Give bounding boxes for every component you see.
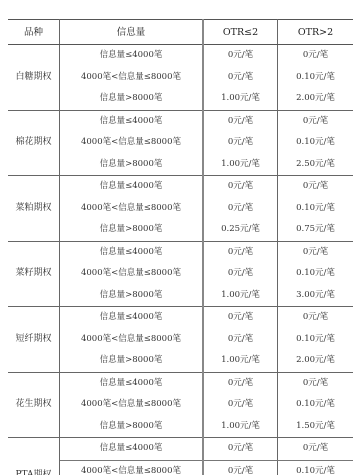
otr-gt2-cell: 0元/笔 (278, 241, 354, 263)
otr-le2-cell: 0元/笔 (203, 110, 278, 132)
otr-gt2-cell: 2.50元/笔 (278, 154, 354, 176)
otr-gt2-cell: 0.10元/笔 (278, 198, 354, 220)
header-volume: 信息量 (60, 20, 204, 45)
otr-gt2-cell: 0.10元/笔 (278, 67, 354, 89)
header-otr-gt2: OTR>2 (278, 20, 354, 45)
table-row: 信息量>8000笔 1.00元/笔 2.50元/笔 (8, 154, 353, 176)
otr-gt2-cell: 0.10元/笔 (278, 394, 354, 416)
table-row: 花生期权 信息量≤4000笔 0元/笔 0元/笔 (8, 372, 353, 394)
volume-cell: 4000笔<信息量≤8000笔 (60, 460, 204, 475)
volume-cell: 4000笔<信息量≤8000笔 (60, 198, 204, 220)
table-row: 4000笔<信息量≤8000笔 0元/笔 0.10元/笔 (8, 329, 353, 351)
otr-gt2-cell: 0元/笔 (278, 438, 354, 461)
table-row: 短纤期权 信息量≤4000笔 0元/笔 0元/笔 (8, 307, 353, 329)
table-body: 白糖期权 信息量≤4000笔 0元/笔 0元/笔 4000笔<信息量≤8000笔… (8, 45, 353, 475)
volume-cell: 信息量>8000笔 (60, 416, 204, 438)
otr-le2-cell: 0元/笔 (203, 67, 278, 89)
table-row: 菜籽期权 信息量≤4000笔 0元/笔 0元/笔 (8, 241, 353, 263)
volume-cell: 信息量>8000笔 (60, 219, 204, 241)
volume-cell: 信息量>8000笔 (60, 88, 204, 110)
header-otr-le2: OTR≤2 (203, 20, 278, 45)
product-cell: PTA期权 (8, 438, 60, 475)
volume-cell: 信息量≤4000笔 (60, 45, 204, 67)
otr-gt2-cell: 0元/笔 (278, 307, 354, 329)
product-cell: 花生期权 (8, 372, 60, 438)
table-row: 4000笔<信息量≤8000笔 0元/笔 0.10元/笔 (8, 394, 353, 416)
otr-le2-cell: 0元/笔 (203, 329, 278, 351)
table-row: 菜粕期权 信息量≤4000笔 0元/笔 0元/笔 (8, 176, 353, 198)
table-row: PTA期权 信息量≤4000笔 0元/笔 0元/笔 (8, 438, 353, 461)
table-row: 信息量>8000笔 1.00元/笔 1.50元/笔 (8, 416, 353, 438)
otr-le2-cell: 1.00元/笔 (203, 154, 278, 176)
otr-le2-cell: 0元/笔 (203, 263, 278, 285)
volume-cell: 4000笔<信息量≤8000笔 (60, 132, 204, 154)
otr-gt2-cell: 2.00元/笔 (278, 350, 354, 372)
otr-gt2-cell: 0.10元/笔 (278, 329, 354, 351)
table-row: 信息量>8000笔 1.00元/笔 2.00元/笔 (8, 88, 353, 110)
otr-le2-cell: 0元/笔 (203, 460, 278, 475)
otr-le2-cell: 0元/笔 (203, 307, 278, 329)
table-row: 4000笔<信息量≤8000笔 0元/笔 0.10元/笔 (8, 198, 353, 220)
otr-le2-cell: 0元/笔 (203, 132, 278, 154)
volume-cell: 4000笔<信息量≤8000笔 (60, 329, 204, 351)
otr-gt2-cell: 1.50元/笔 (278, 416, 354, 438)
product-cell: 菜粕期权 (8, 176, 60, 242)
otr-le2-cell: 1.00元/笔 (203, 350, 278, 372)
volume-cell: 信息量>8000笔 (60, 285, 204, 307)
volume-cell: 信息量≤4000笔 (60, 438, 204, 461)
otr-gt2-cell: 0.10元/笔 (278, 460, 354, 475)
otr-le2-cell: 0元/笔 (203, 241, 278, 263)
volume-cell: 信息量≤4000笔 (60, 110, 204, 132)
table-row: 4000笔<信息量≤8000笔 0元/笔 0.10元/笔 (8, 263, 353, 285)
otr-le2-cell: 0元/笔 (203, 198, 278, 220)
header-product: 品种 (8, 20, 60, 45)
product-cell: 棉花期权 (8, 110, 60, 176)
otr-le2-cell: 0元/笔 (203, 372, 278, 394)
table-row: 白糖期权 信息量≤4000笔 0元/笔 0元/笔 (8, 45, 353, 67)
otr-gt2-cell: 0元/笔 (278, 372, 354, 394)
product-cell: 短纤期权 (8, 307, 60, 373)
table-row: 4000笔<信息量≤8000笔 0元/笔 0.10元/笔 (8, 132, 353, 154)
otr-le2-cell: 1.00元/笔 (203, 285, 278, 307)
volume-cell: 信息量>8000笔 (60, 350, 204, 372)
otr-le2-cell: 0元/笔 (203, 45, 278, 67)
otr-le2-cell: 1.00元/笔 (203, 88, 278, 110)
table-row: 信息量>8000笔 1.00元/笔 3.00元/笔 (8, 285, 353, 307)
table-row: 信息量>8000笔 1.00元/笔 2.00元/笔 (8, 350, 353, 372)
volume-cell: 4000笔<信息量≤8000笔 (60, 394, 204, 416)
otr-le2-cell: 0.25元/笔 (203, 219, 278, 241)
table-row: 4000笔<信息量≤8000笔 0元/笔 0.10元/笔 (8, 67, 353, 89)
volume-cell: 信息量>8000笔 (60, 154, 204, 176)
otr-gt2-cell: 0.10元/笔 (278, 132, 354, 154)
volume-cell: 信息量≤4000笔 (60, 307, 204, 329)
table-row: 信息量>8000笔 0.25元/笔 0.75元/笔 (8, 219, 353, 241)
product-cell: 菜籽期权 (8, 241, 60, 307)
otr-gt2-cell: 0元/笔 (278, 176, 354, 198)
table-row: 4000笔<信息量≤8000笔 0元/笔 0.10元/笔 (8, 460, 353, 475)
volume-cell: 信息量≤4000笔 (60, 241, 204, 263)
otr-gt2-cell: 0.10元/笔 (278, 263, 354, 285)
otr-le2-cell: 0元/笔 (203, 438, 278, 461)
otr-le2-cell: 0元/笔 (203, 176, 278, 198)
otr-le2-cell: 1.00元/笔 (203, 416, 278, 438)
otr-gt2-cell: 0元/笔 (278, 110, 354, 132)
volume-cell: 4000笔<信息量≤8000笔 (60, 263, 204, 285)
table-row: 棉花期权 信息量≤4000笔 0元/笔 0元/笔 (8, 110, 353, 132)
otr-gt2-cell: 0元/笔 (278, 45, 354, 67)
header-row: 品种 信息量 OTR≤2 OTR>2 (8, 20, 353, 45)
volume-cell: 4000笔<信息量≤8000笔 (60, 67, 204, 89)
fee-table: 品种 信息量 OTR≤2 OTR>2 白糖期权 信息量≤4000笔 0元/笔 0… (8, 19, 353, 475)
volume-cell: 信息量≤4000笔 (60, 176, 204, 198)
product-cell: 白糖期权 (8, 45, 60, 111)
volume-cell: 信息量≤4000笔 (60, 372, 204, 394)
otr-gt2-cell: 3.00元/笔 (278, 285, 354, 307)
otr-gt2-cell: 2.00元/笔 (278, 88, 354, 110)
otr-le2-cell: 0元/笔 (203, 394, 278, 416)
otr-gt2-cell: 0.75元/笔 (278, 219, 354, 241)
